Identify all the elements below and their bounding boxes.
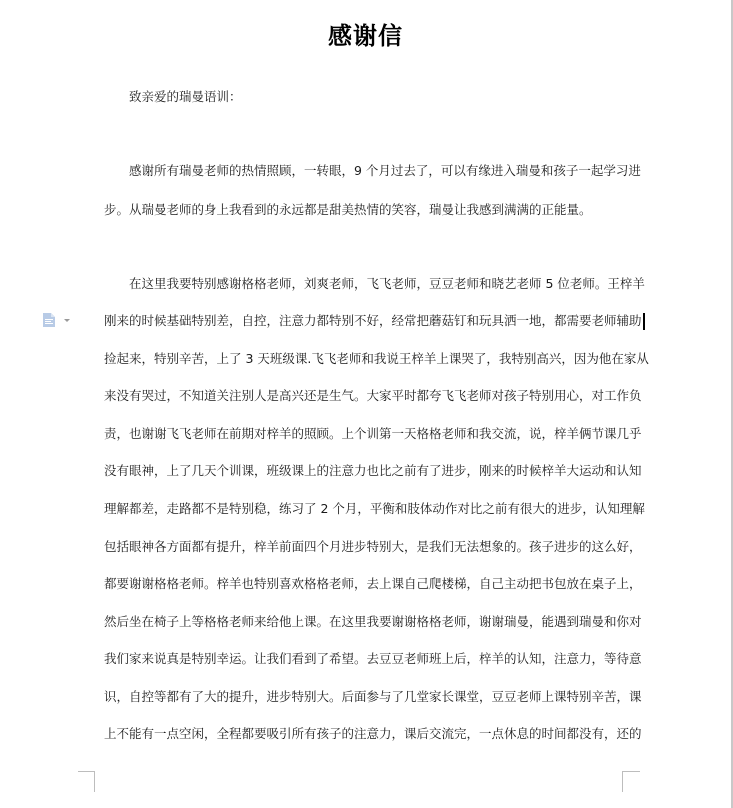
text-line: 都要谢谢格格老师。梓羊也特别喜欢格格老师，去上课自己爬楼梯，自己主动把书包放在桌… — [104, 574, 624, 594]
text-line-content: 刚来的时候基础特别差，自控，注意力都特别不好，经常把蘑菇钉和玩具洒一地，都需要老… — [104, 313, 642, 328]
text-cursor — [643, 313, 645, 330]
text-line: 然后坐在椅子上等格格老师来给他上课。在这里我要谢谢格格老师，谢谢瑞曼，能遇到瑞曼… — [104, 612, 624, 632]
text-line: 在这里我要特别感谢格格老师，刘爽老师，飞飞老师，豆豆老师和晓艺老师 5 位老师。… — [104, 274, 624, 294]
text-line: 上不能有一点空闲，全程都要吸引所有孩子的注意力，课后交流完，一点休息的时间都没有… — [104, 724, 624, 744]
text-line: 感谢所有瑞曼老师的热情照顾，一转眼，9 个月过去了，可以有缘进入瑞曼和孩子一起学… — [104, 161, 624, 181]
salutation: 致亲爱的瑞曼语训： — [104, 87, 649, 107]
text-line: 包括眼神各方面都有提升，梓羊前面四个月进步特别大，是我们无法想象的。孩子进步的这… — [104, 537, 624, 557]
text-line: 责，也谢谢飞飞老师在前期对梓羊的照顾。上个训第一天格格老师和我交流，说，梓羊俩节… — [104, 424, 624, 444]
text-line-with-cursor[interactable]: 刚来的时候基础特别差，自控，注意力都特别不好，经常把蘑菇钉和玩具洒一地，都需要老… — [104, 311, 624, 331]
document-icon[interactable] — [43, 313, 55, 327]
document-page[interactable]: 感谢信 致亲爱的瑞曼语训： 感谢所有瑞曼老师的热情照顾，一转眼，9 个月过去了，… — [0, 0, 731, 808]
text-line: 理解都差，走路都不是特别稳，练习了 2 个月，平衡和肢体动作对比之前有很大的进步… — [104, 499, 624, 519]
text-line: 识，自控等都有了大的提升，进步特别大。后面参与了几堂家长课堂，豆豆老师上课特别辛… — [104, 687, 624, 707]
text-line: 我们家来说真是特别幸运。让我们看到了希望。去豆豆老师班上后，梓羊的认知，注意力，… — [104, 649, 624, 669]
text-line: 步。从瑞曼老师的身上我看到的永远都是甜美热情的笑容，瑞曼让我感到满满的正能量。 — [104, 200, 624, 220]
text-line: 来没有哭过，不知道关注别人是高兴还是生气。大家平时都夸飞飞老师对孩子特别用心，对… — [104, 386, 624, 406]
text-line: 没有眼神，上了几天个训课，班级课上的注意力也比之前有了进步，刚来的时候梓羊大运动… — [104, 461, 624, 481]
chevron-down-icon[interactable] — [64, 319, 70, 322]
document-title: 感谢信 — [0, 18, 731, 54]
text-line: 捡起来，特别辛苦，上了 3 天班级课.飞飞老师和我说王梓羊上课哭了，我特别高兴，… — [104, 349, 624, 369]
